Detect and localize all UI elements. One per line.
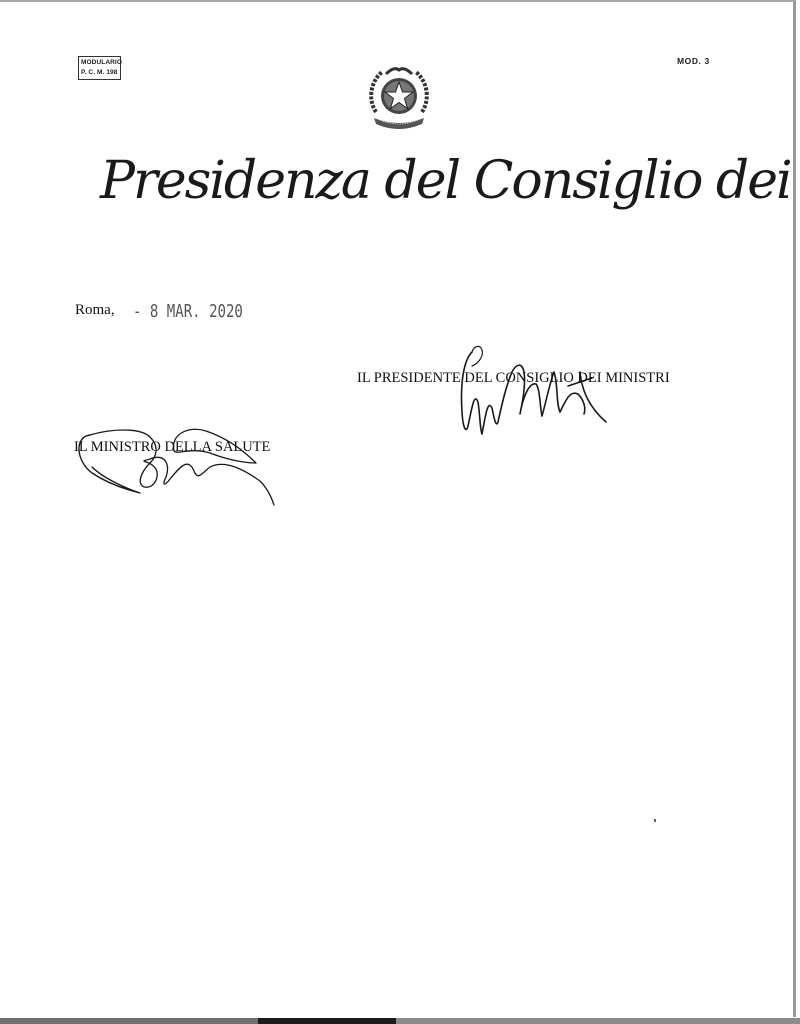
letterhead-title: Presidenza del Consiglio dei Ministri <box>100 138 700 228</box>
form-box-line2: P. C. M. 198 <box>81 68 118 78</box>
place-label: Roma, <box>75 302 115 319</box>
emblem-of-italy-icon <box>364 62 434 134</box>
scan-speck <box>654 819 656 822</box>
date-stamp: - 8 MAR. 2020 <box>133 301 243 322</box>
form-code-box: MODULARIO P. C. M. 198 <box>78 56 121 80</box>
form-code: MOD. 3 <box>677 56 710 66</box>
scrollbar-thumb[interactable] <box>258 1018 396 1024</box>
president-signature <box>450 342 630 452</box>
president-title: IL PRESIDENTE DEL CONSIGLIO DEI MINISTRI <box>357 370 670 387</box>
scrollbar-track-left[interactable] <box>0 1018 258 1024</box>
document-page: MODULARIO P. C. M. 198 MOD. 3 Presidenza… <box>0 0 796 1017</box>
horizontal-scrollbar[interactable] <box>0 1017 800 1024</box>
form-box-line1: MODULARIO <box>81 58 118 68</box>
letterhead-text: Presidenza del Consiglio dei Ministri <box>99 151 800 211</box>
minister-signature <box>70 427 290 512</box>
